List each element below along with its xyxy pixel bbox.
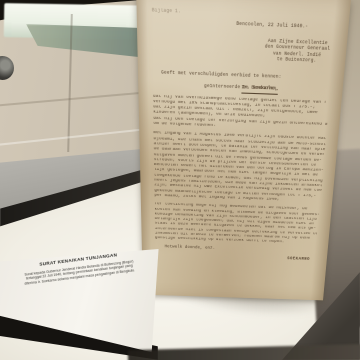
letter-annotation: Bijlage 1. xyxy=(152,9,337,22)
text-line: heeft jegens familieleden, die mede van … xyxy=(154,179,322,190)
text-line: streden; voorts zijn de prijzen der eers… xyxy=(154,158,324,169)
text-line: alhier heeft doorloopen, te Batavia ter … xyxy=(154,142,325,153)
text-line: van Nederl. Indië xyxy=(242,51,353,61)
letter-intro-paragraph: dat hij van overheidswege eene toelage g… xyxy=(153,94,329,133)
text-line: dat zijn gezin bestaat uit : hemzelf, zi… xyxy=(153,105,328,117)
text-line: lijk gestegen, waardoor het hem niet lan… xyxy=(154,168,323,179)
text-line: den Gouverneur Generaal xyxy=(242,45,353,55)
text-line: gekende maandelijksche toelage te willen… xyxy=(154,189,321,200)
text-line: gunstige beschikking op dit verzoek durf… xyxy=(155,236,317,246)
letter-address-block: Aan Zijne Excellentieden Gouverneur Gene… xyxy=(241,38,353,67)
letter-closing-line: Hetwelk doende, enz. xyxy=(165,245,317,255)
text-line: verhoogd met 10% standplaatstoeslag, in … xyxy=(153,100,329,112)
text-line: Aan Zijne Excellentie xyxy=(242,38,353,48)
typewritten-letter: Bijlage 1. Bencoolen, 22 Juli 1940.- Aan… xyxy=(136,0,351,300)
museum-display-photo: Bijlage 1. Bencoolen, 22 Juli 1940.- Aan… xyxy=(0,0,360,360)
text-line: dat hij den toelage ter verzorging van z… xyxy=(153,116,327,128)
letter-body-paragraph-2: Ter toelichting moge hij nog mededeelen … xyxy=(155,202,320,246)
text-line: Djoeami, die thans met succes haar studi… xyxy=(154,137,326,148)
text-line: kosten van voeding en kleeding, alsmede … xyxy=(155,207,320,217)
letter-signature: SOEKARNO xyxy=(155,253,310,263)
letter-opening-line: Geeft met verschuldigden eerbied te kenn… xyxy=(161,71,331,83)
text-line: kinderen (aangenomen), en drie bedienden… xyxy=(153,111,327,123)
text-line: belangrijk zijn toegenomen; dat hij uit … xyxy=(155,217,319,227)
text-line: zijn; weshalve hij Uwe Excellentie eerbi… xyxy=(154,184,321,195)
text-line: staat is deze meerdere uitgaven te dekke… xyxy=(155,222,318,232)
letter-subject-subtitle: geïnterneerde te Bencoolen, xyxy=(153,83,330,95)
text-line: de daaraan verbonden kosten van inwoning… xyxy=(154,147,325,158)
letter-body-paragraph-1: met ingang van 1 Augustus 1940 verblijft… xyxy=(154,131,326,204)
text-line: om de volgende redenen: xyxy=(153,122,326,133)
text-line: Bencoolen sedert het uitbreken van den o… xyxy=(154,163,323,174)
text-line: inkomsten uit arbeid te verwerven; reden… xyxy=(155,232,317,242)
text-line: per maand, zulks met ingang van 1 August… xyxy=(154,194,320,205)
letter-text: Bijlage 1. Bencoolen, 22 Juli 1940.- Aan… xyxy=(136,0,351,300)
text-line: interneerde niet is toegestaan eenige be… xyxy=(155,227,318,237)
letter-subject-name: Ir. Soekarno, xyxy=(241,86,277,95)
text-line: uitgaven moeten geheel uit de reeds geno… xyxy=(154,153,324,164)
text-line: kundige behandeling van zijn schoonmoede… xyxy=(155,212,319,222)
text-line: Ter toelichting moge hij nog mededeelen … xyxy=(155,202,320,212)
text-line: met ingang van 1 Augustus 1940 verblijft… xyxy=(154,131,326,142)
text-line: te Buitenzorg. xyxy=(241,57,351,67)
letter-date-line: Bencoolen, 22 Juli 1940.- xyxy=(236,23,335,33)
letter-subject: Ir. Soekarno, xyxy=(153,83,330,89)
text-line: dat hij van overheidswege eene toelage g… xyxy=(153,94,329,106)
text-line: toegekende toelage rond te komen; dat hi… xyxy=(154,173,322,184)
